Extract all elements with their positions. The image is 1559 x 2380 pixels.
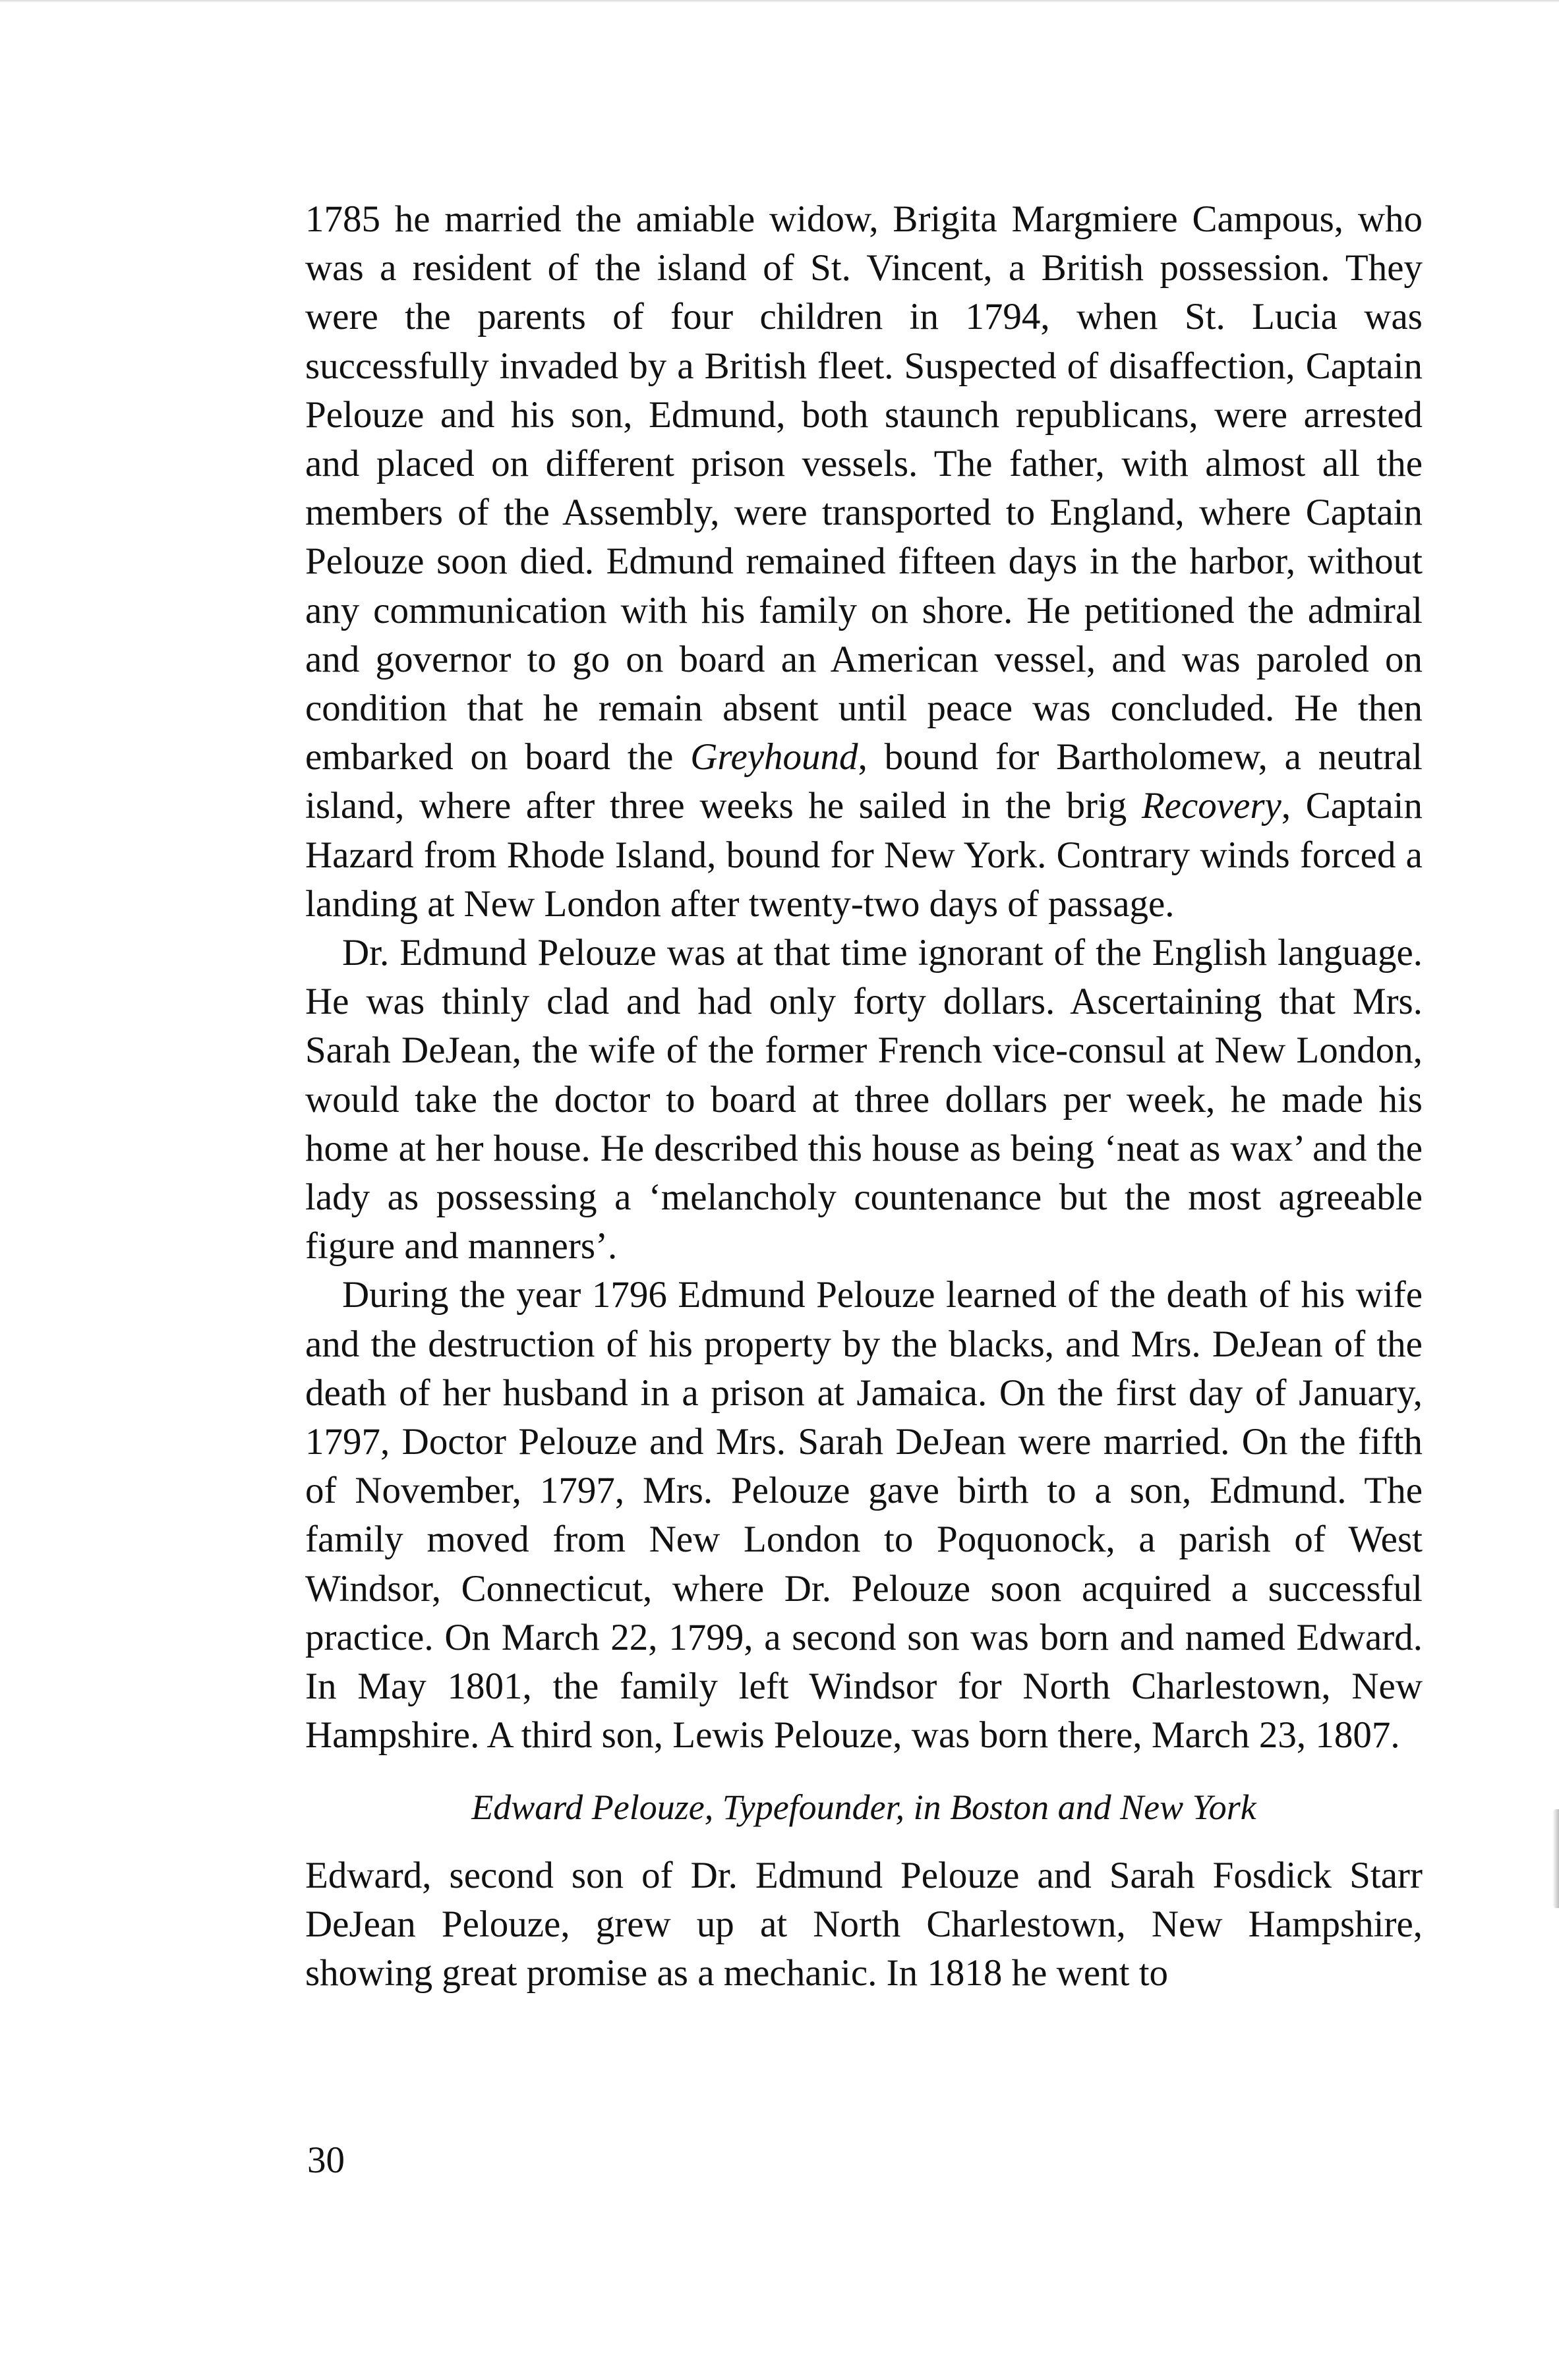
page-top-edge [0,0,1559,3]
body-paragraph: 1785 he married the amiable widow, Brigi… [305,195,1423,929]
italic-ship-name: Recovery [1142,785,1281,827]
text-run: 1785 he married the amiable widow, Brigi… [305,198,1423,778]
paragraphs-before-heading: 1785 he married the amiable widow, Brigi… [305,195,1423,1760]
body-paragraph: During the year 1796 Edmund Pelouze lear… [305,1271,1423,1760]
page-body: 1785 he married the amiable widow, Brigi… [305,195,1423,1998]
paragraphs-after-heading: Edward, second son of Dr. Edmund Pelouze… [305,1851,1423,1998]
text-run: During the year 1796 Edmund Pelouze lear… [305,1274,1423,1756]
italic-ship-name: Greyhound [690,736,858,778]
body-paragraph: Dr. Edmund Pelouze was at that time igno… [305,929,1423,1271]
page-number: 30 [307,2139,345,2182]
text-run: Edward, second son of Dr. Edmund Pelouze… [305,1855,1423,1994]
body-paragraph: Edward, second son of Dr. Edmund Pelouze… [305,1851,1423,1998]
section-heading: Edward Pelouze, Typefounder, in Boston a… [305,1783,1423,1832]
page-binding-shadow [1552,1809,1559,1908]
text-run: Dr. Edmund Pelouze was at that time igno… [305,932,1423,1267]
